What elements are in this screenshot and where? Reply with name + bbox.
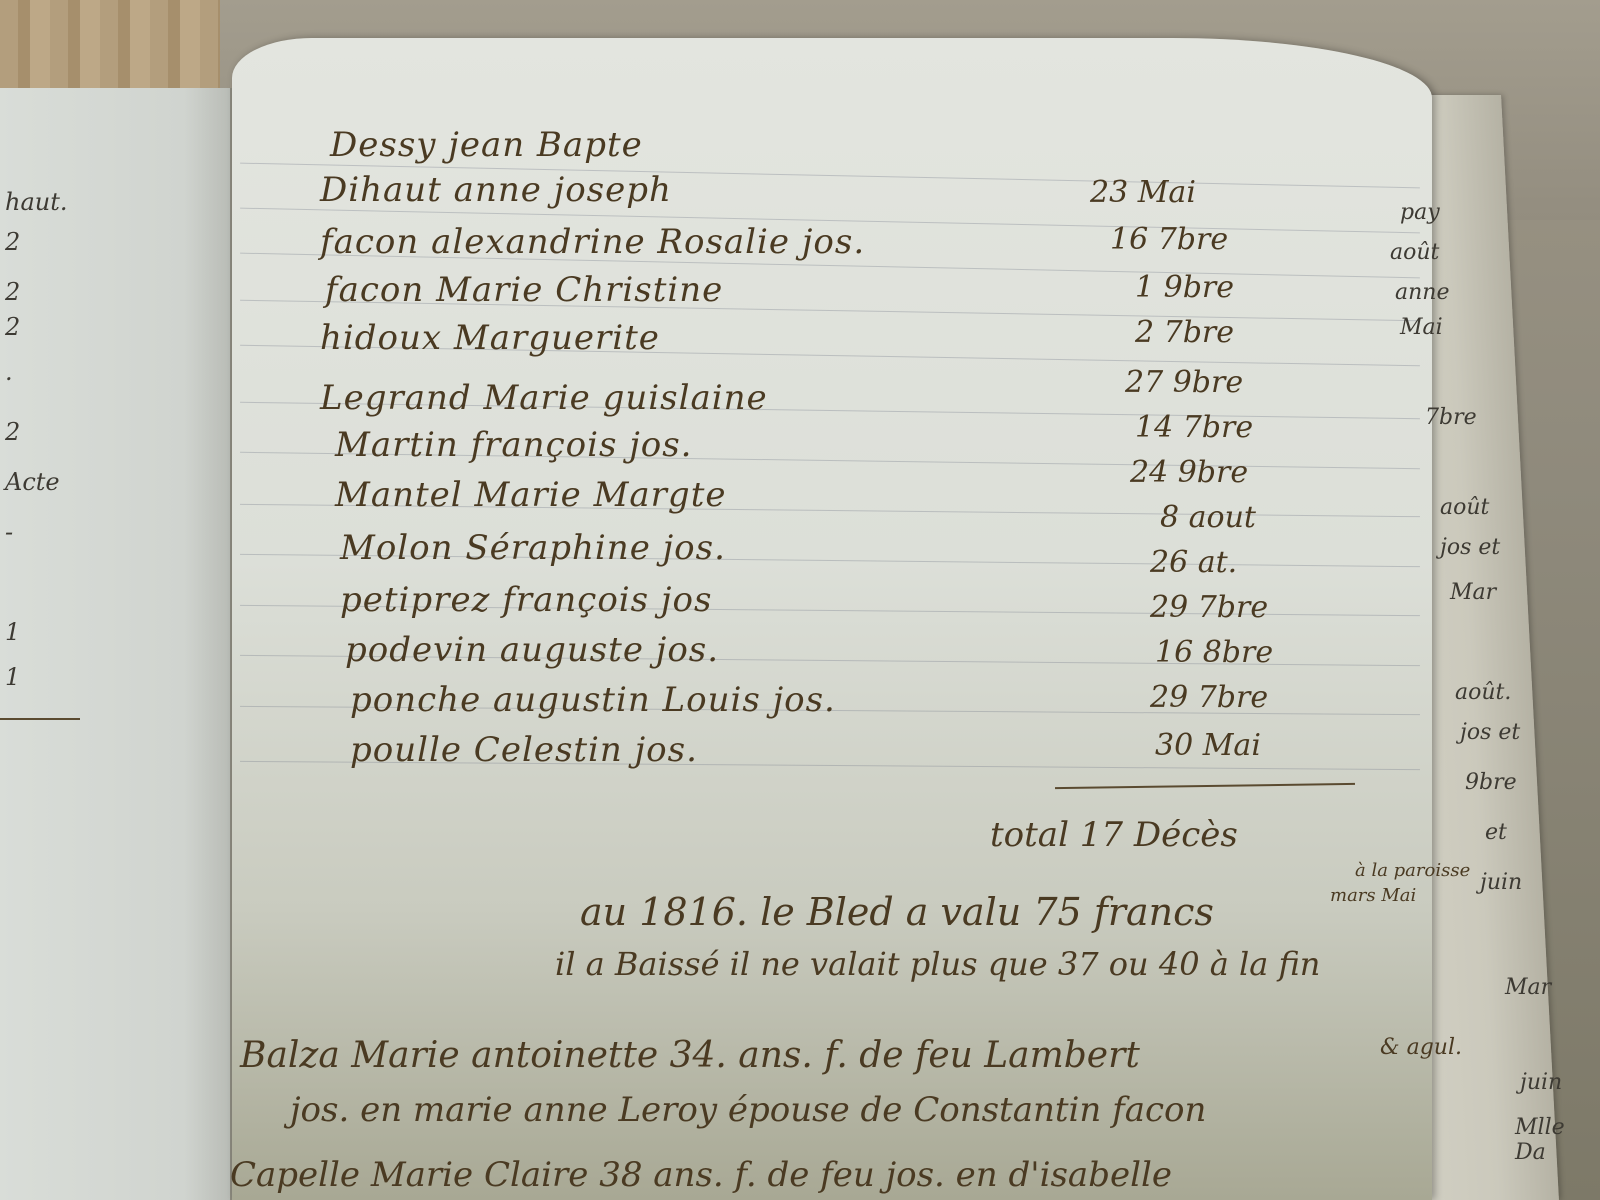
- entry-line-3: Capelle Marie Claire 38 ans. f. de feu j…: [230, 1155, 1172, 1195]
- entry-date: 29 7bre: [1150, 590, 1268, 625]
- entry-date: 16 8bre: [1155, 635, 1273, 670]
- left-fragment: Acte: [5, 468, 60, 496]
- right-fragment: juin: [1520, 1070, 1562, 1095]
- entry-date: 1 9bre: [1135, 270, 1234, 305]
- entry-date: 26 at.: [1150, 545, 1237, 580]
- entry-name: ponche augustin Louis jos.: [350, 680, 836, 720]
- right-fragment: juin: [1480, 870, 1522, 895]
- right-fragment: 7bre: [1425, 405, 1477, 430]
- right-fragment: août: [1440, 495, 1489, 520]
- note-line-2: il a Baissé il ne valait plus que 37 ou …: [555, 945, 1320, 983]
- entry-name: Mantel Marie Margte: [335, 475, 726, 515]
- entry-date: 14 7bre: [1135, 410, 1253, 445]
- entry-line-2: jos. en marie anne Leroy épouse de Const…: [290, 1090, 1206, 1130]
- note-superscript: à la paroisse: [1355, 860, 1470, 881]
- right-fragment: août.: [1455, 680, 1511, 705]
- total-deaths: total 17 Décès: [990, 815, 1238, 855]
- left-fragment: 2: [5, 313, 20, 341]
- entry-date: 2 7bre: [1135, 315, 1234, 350]
- entry-name: petiprez françois jos: [340, 580, 712, 620]
- entry-date: 30 Mai: [1155, 728, 1261, 763]
- entry-name: facon Marie Christine: [325, 270, 723, 310]
- entry-name: hidoux Marguerite: [320, 318, 660, 358]
- left-fragment: 2: [5, 278, 20, 306]
- left-fragment: haut.: [5, 188, 68, 216]
- entry-name: Dihaut anne joseph: [320, 170, 672, 210]
- entry-name: Martin françois jos.: [335, 425, 693, 465]
- entry-date: 8 aout: [1160, 500, 1256, 535]
- right-fragment: 9bre: [1465, 770, 1517, 795]
- left-fragment: .: [5, 358, 13, 386]
- entry-date: 16 7bre: [1110, 222, 1228, 257]
- left-fragment: 1: [5, 618, 20, 646]
- left-page-total-rule: [0, 718, 80, 720]
- right-fragment: pay: [1400, 200, 1440, 225]
- entry-date: 29 7bre: [1150, 680, 1268, 715]
- entry-name: Dessy jean Bapte: [330, 125, 643, 165]
- left-fragment: -: [5, 518, 13, 546]
- entry-name: facon alexandrine Rosalie jos.: [320, 222, 865, 262]
- entry-line-1: Balza Marie antoinette 34. ans. f. de fe…: [240, 1035, 1140, 1076]
- right-fragment: Mlle Da: [1515, 1115, 1600, 1165]
- left-fragment: 1: [5, 663, 20, 691]
- right-fragment: Mar: [1505, 975, 1551, 1000]
- note-line-1: au 1816. le Bled a valu 75 francs: [580, 890, 1214, 934]
- left-page: haut. 2 2 2 . 2 Acte - 1 1: [0, 88, 232, 1200]
- right-fragment: Mai: [1400, 315, 1443, 340]
- right-fragment: août: [1390, 240, 1439, 265]
- left-fragment: 2: [5, 228, 20, 256]
- right-fragment: jos et: [1460, 720, 1520, 745]
- entry-name: Legrand Marie guislaine: [320, 378, 768, 418]
- entry-date: 23 Mai: [1090, 175, 1196, 210]
- note-superscript-2: mars Mai: [1330, 885, 1416, 906]
- entry-name: poulle Celestin jos.: [350, 730, 698, 770]
- right-fragment: Mar: [1450, 580, 1496, 605]
- entry-line-1-superscript: & agul.: [1380, 1035, 1462, 1060]
- entry-date: 24 9bre: [1130, 455, 1248, 490]
- left-fragment: 2: [5, 418, 20, 446]
- right-fragment: et: [1485, 820, 1507, 845]
- right-fragment: jos et: [1440, 535, 1500, 560]
- entry-name: Molon Séraphine jos.: [340, 528, 726, 568]
- entry-name: podevin auguste jos.: [345, 630, 719, 670]
- right-fragment: anne: [1395, 280, 1449, 305]
- entry-date: 27 9bre: [1125, 365, 1243, 400]
